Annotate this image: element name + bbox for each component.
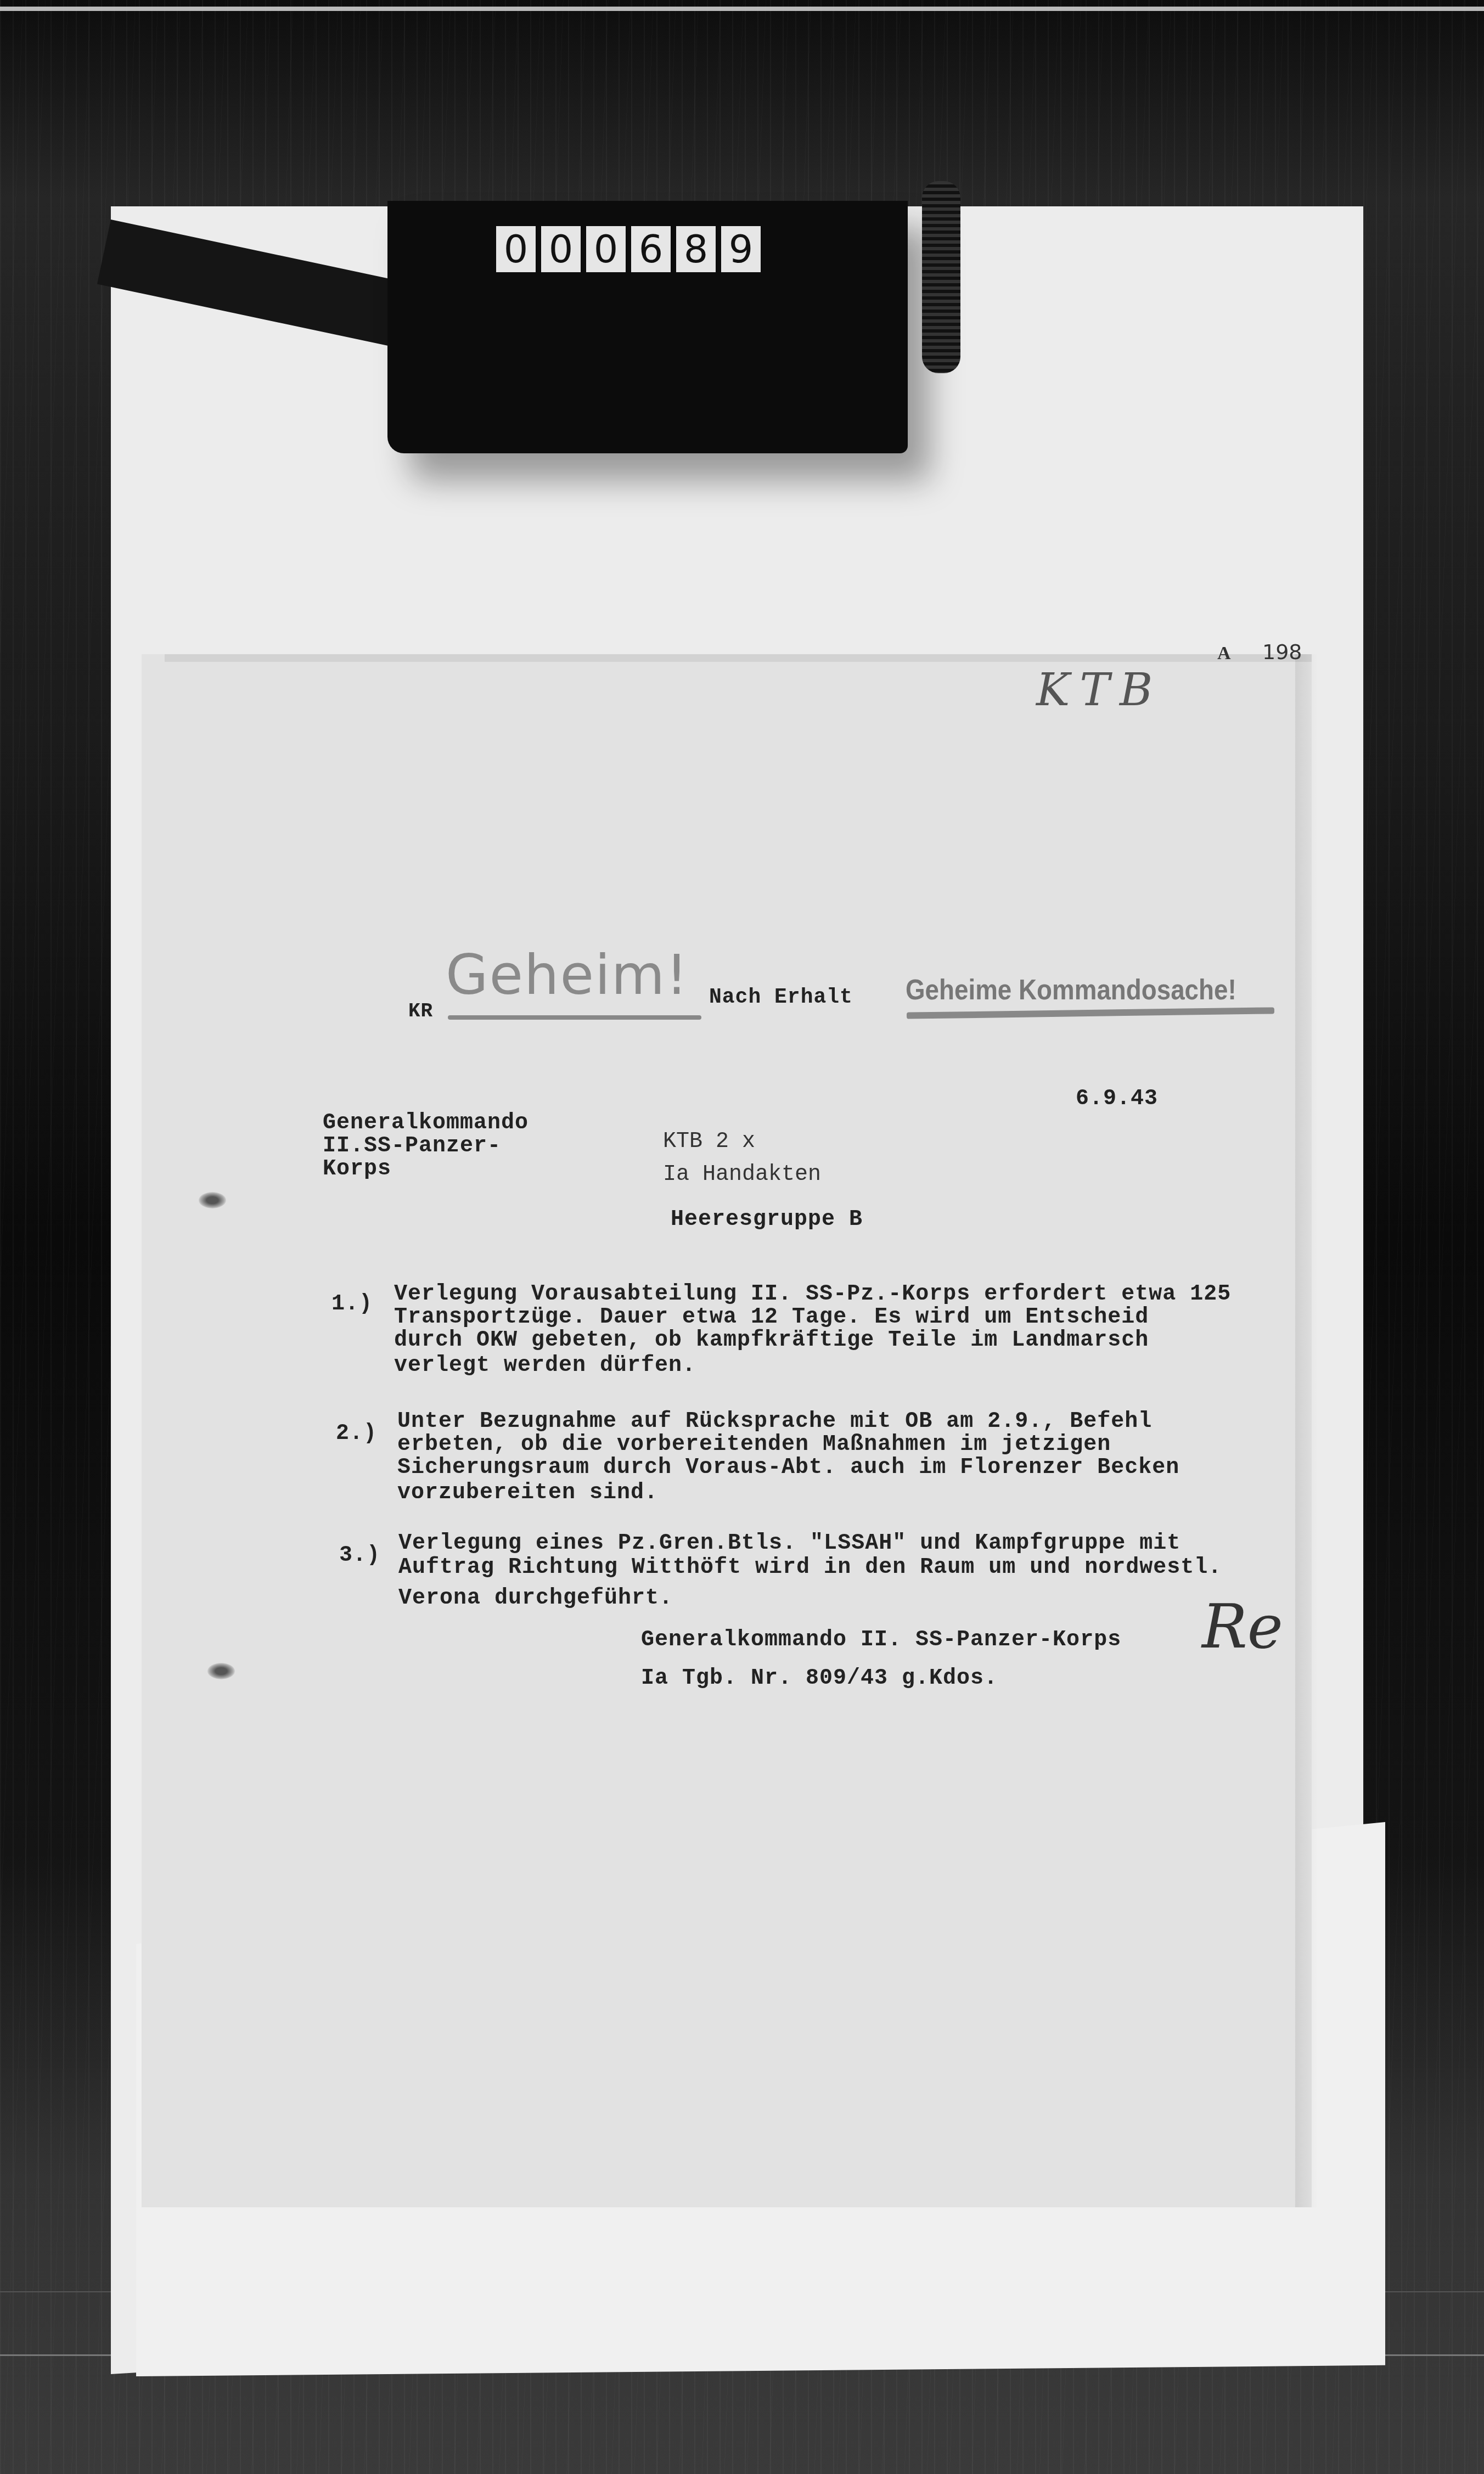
item-number: 2.) [336,1421,377,1446]
item-line: Unter Bezugnahme auf Rücksprache mit OB … [397,1409,1152,1434]
item-number: 3.) [339,1543,380,1568]
secret-stamp: Geheim! [446,943,689,1007]
item-line: Auftrag Richtung Witthöft wird in den Ra… [398,1555,1222,1580]
signature-reference: Ia Tgb. Nr. 809/43 g.Kdos. [641,1666,998,1691]
sender-line: Korps [323,1157,391,1182]
stamp-underline [448,1015,701,1020]
frame-counter-display: 0 0 0 6 8 9 [496,226,761,272]
sheet-shadow [1295,654,1317,2207]
counter-digit: 0 [496,226,536,272]
sheet-top-edge [165,654,1312,662]
counter-digit: 0 [586,226,626,272]
punch-hole [207,1663,235,1679]
counter-digit: 8 [676,226,716,272]
document-date: 6.9.43 [1076,1087,1158,1111]
archive-ref-number: 198 [1262,640,1302,664]
item-line: verlegt werden dürfen. [394,1353,696,1378]
item-line: Verona durchgeführt. [398,1586,673,1611]
item-line: Transportzüge. Dauer etwa 12 Tage. Es wi… [394,1305,1149,1330]
signature-unit: Generalkommando II. SS-Panzer-Korps [641,1628,1121,1652]
item-line: vorzubereiten sind. [397,1481,658,1505]
punch-hole [199,1192,226,1208]
recipient: Heeresgruppe B [671,1207,863,1232]
item-line: Verlegung eines Pz.Gren.Btls. "LSSAH" un… [398,1531,1181,1556]
handwritten-initials: Re [1202,1592,1283,1662]
command-secret-stamp: Geheime Kommandosache! [906,974,1236,1007]
handwritten-note: KTB [1036,664,1162,716]
after-receipt-label: Nach Erhalt [709,986,853,1009]
counter-digit: 6 [631,226,671,272]
counter-digit: 0 [541,226,581,272]
item-number: 1.) [331,1292,373,1317]
item-line: Sicherungsraum durch Voraus-Abt. auch im… [397,1455,1179,1480]
item-line: Verlegung Vorausabteilung II. SS-Pz.-Kor… [394,1282,1231,1307]
counter-digit: 9 [721,226,761,272]
sender-line: Generalkommando [323,1111,529,1135]
distribution-line: KTB 2 x [663,1129,755,1154]
item-line: erbeten, ob die vorbereitenden Maßnahmen… [397,1432,1111,1457]
sender-line: II.SS-Panzer- [323,1134,501,1159]
film-edge [0,7,1484,11]
distribution-line: Ia Handakten [663,1162,821,1187]
item-line: durch OKW gebeten, ob kampfkräftige Teil… [394,1328,1149,1353]
kr-mark: KR [408,1000,433,1022]
archive-ref-prefix: A [1217,643,1231,664]
counter-wheel [922,181,960,373]
